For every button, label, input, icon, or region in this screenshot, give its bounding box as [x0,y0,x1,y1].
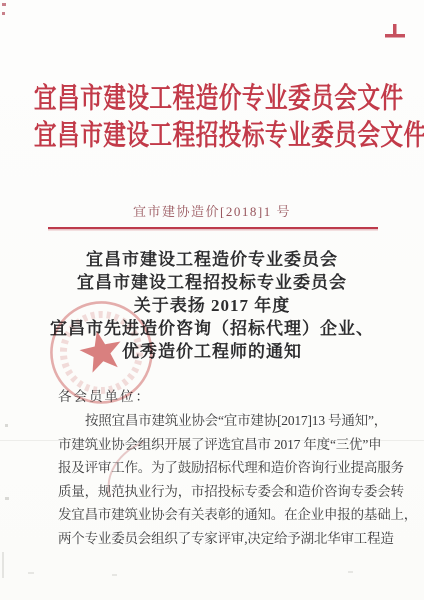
scan-speckle [2,3,6,6]
letterhead-line-2: 宜昌市建设工程招投标专业委员会文件 [34,116,390,155]
red-separator-rule [48,227,378,229]
scanned-document-page: 宜昌市建设工程造价专业委员会文件 宜昌市建设工程招投标专业委员会文件 宜市建协造… [0,0,424,600]
five-pointed-star-icon [76,327,125,375]
scan-speckle [28,572,34,574]
title-line-1: 宜昌市建设工程造价专业委员会 [0,248,424,271]
document-letterhead: 宜昌市建设工程造价专业委员会文件 宜昌市建设工程招投标专业委员会文件 [0,80,424,154]
document-number: 宜市建协造价[2018]1 号 [0,201,424,220]
scan-speckle [2,552,4,578]
scan-speckle [5,497,9,500]
letterhead-line-1: 宜昌市建设工程造价专业委员会文件 [34,79,390,118]
body-line: 两个专业委员会组织了专家评审,决定给予湖北华审工程造 [58,527,392,551]
scan-speckle [2,12,5,15]
scan-speckle [5,424,8,427]
title-line-2: 宜昌市建设工程招投标专业委员会 [0,271,424,294]
red-ink-mark-icon [383,22,407,40]
scan-speckle [348,571,353,573]
body-line: 报及评审工作。为了鼓励招标代理和造价咨询行业提高服务 [58,456,392,480]
body-line: 质量，规范执业行为，市招投标专委会和造价咨询专委会转 [58,480,392,504]
body-paragraph: 按照宜昌市建筑业协会“宜市建协[2017]13 号通知”， 市建筑业协会组织开展… [58,409,392,550]
body-line: 市建筑业协会组织开展了评选宜昌市 2017 年度“三优”申 [58,433,392,457]
body-line: 发宜昌市建筑业协会有关表彰的通知。在企业申报的基础上， [58,503,392,527]
round-official-seal-icon [31,282,178,427]
scan-speckle [112,574,117,576]
